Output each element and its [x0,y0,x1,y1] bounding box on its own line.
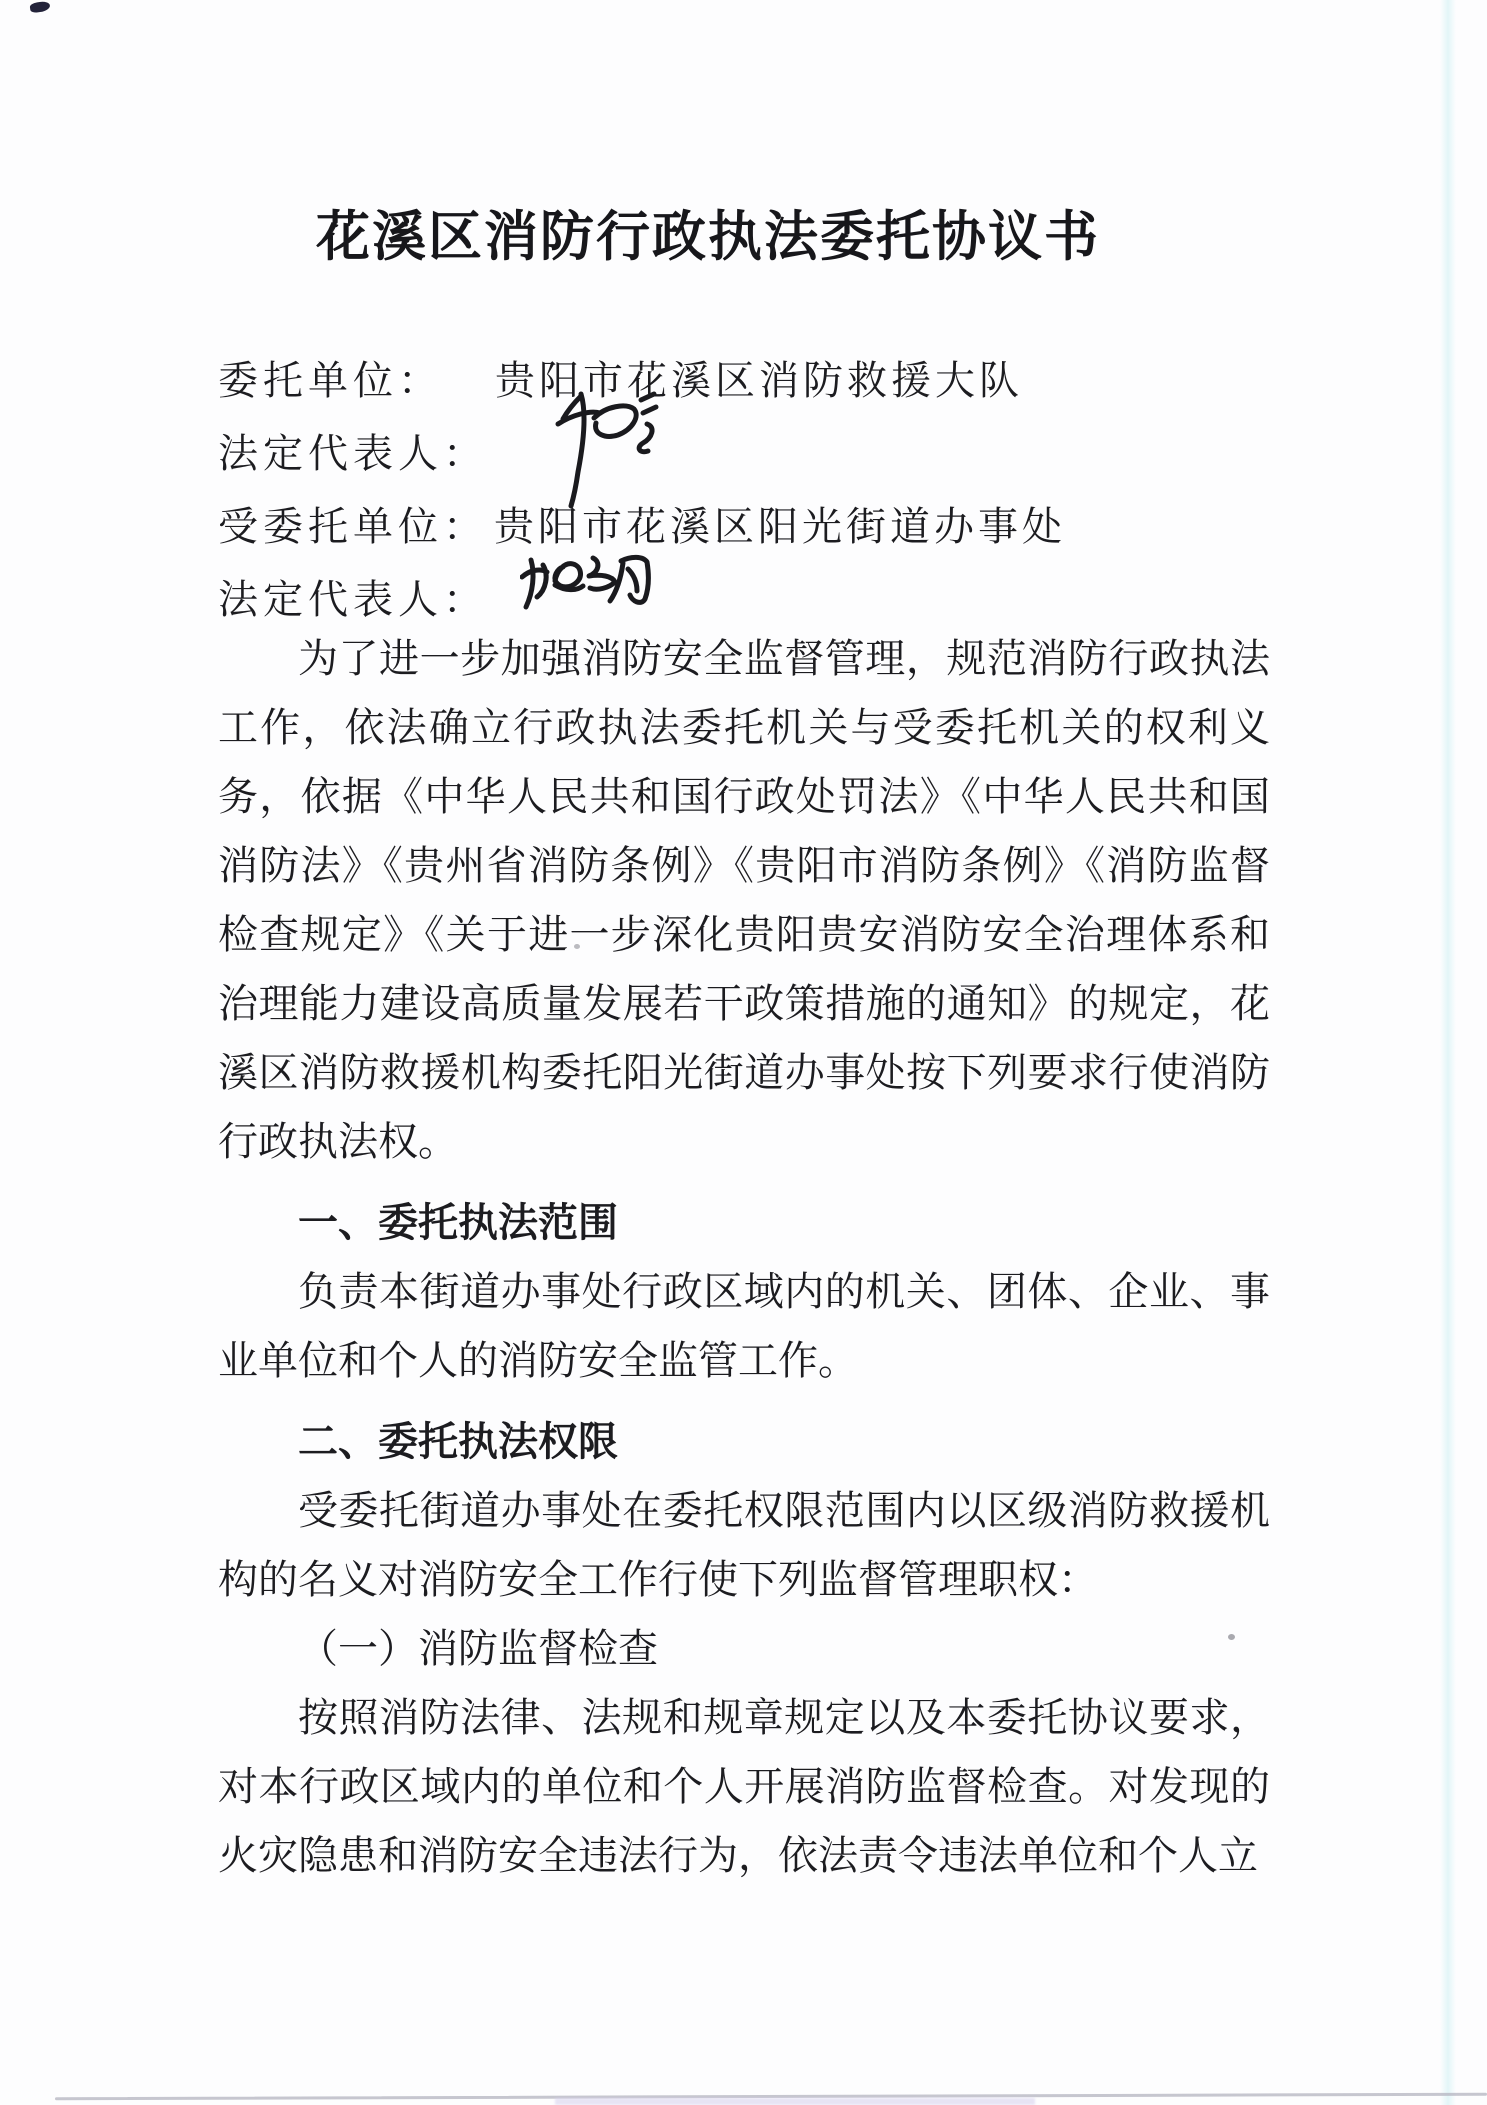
paragraph-authority: 受委托街道办事处在委托权限范围内以区级消防救援机构的名义对消防安全工作行使下列监… [218,1476,1270,1614]
parties-block: 委托单位：贵阳市花溪区消防救援大队 法定代表人： 受委托单位：贵阳市花溪区阳光街… [218,344,1278,636]
legal-representative-row-1: 法定代表人： [218,417,1278,490]
signature-strokes [520,550,662,618]
entrusted-unit-label: 受委托单位： [218,504,488,549]
paragraph-inspection: 按照消防法律、法规和规章规定以及本委托协议要求，对本行政区域内的单位和个人开展消… [218,1683,1270,1890]
ink-speck [29,1,50,14]
agreement-body: 为了进一步加强消防安全监督管理，规范消防行政执法工作，依法确立行政执法委托机关与… [218,624,1270,1890]
entrusting-unit-row: 委托单位：贵阳市花溪区消防救援大队 [218,344,1278,417]
heading-delegation-scope: 一、委托执法范围 [218,1188,1270,1257]
document-title: 花溪区消防行政执法委托协议书 [180,194,1236,271]
scanner-light-band [1440,0,1456,2105]
handwritten-signature-2 [520,550,662,618]
scan-smudge [555,2098,1035,2105]
legal-representative-label-1: 法定代表人： [218,431,488,476]
paragraph-scope: 负责本街道办事处行政区域内的机关、团体、企业、事业单位和个人的消防安全监管工作。 [218,1257,1270,1395]
entrusted-unit-value: 贵阳市花溪区阳光街道办事处 [494,504,1066,549]
heading-delegation-authority: 二、委托执法权限 [218,1407,1270,1476]
sub-heading-fire-inspection: （一）消防监督检查 [218,1614,1270,1683]
entrusted-unit-row: 受委托单位：贵阳市花溪区阳光街道办事处 [218,490,1278,563]
scanned-document-page: 花溪区消防行政执法委托协议书 委托单位：贵阳市花溪区消防救援大队 法定代表人： … [0,0,1487,2105]
handwritten-signature-1 [548,388,666,510]
legal-representative-label-2: 法定代表人： [218,577,488,622]
signature-strokes [548,388,666,510]
entrusting-unit-label: 委托单位： [218,358,443,403]
paragraph-intro: 为了进一步加强消防安全监督管理，规范消防行政执法工作，依法确立行政执法委托机关与… [218,624,1270,1176]
